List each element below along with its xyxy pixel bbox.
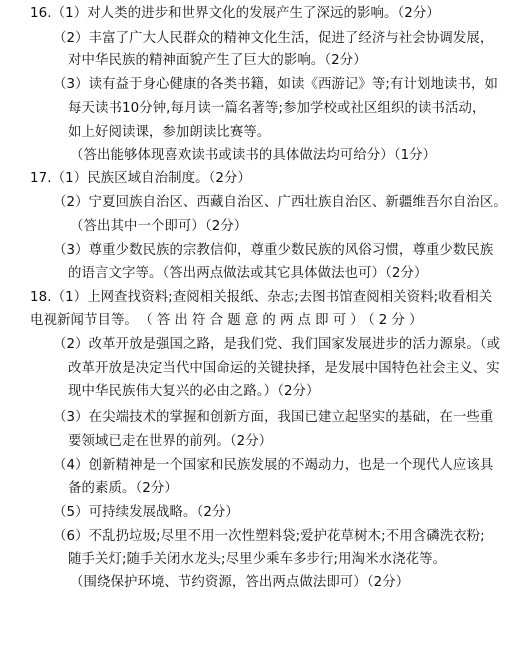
text-line-content: （2）宁夏回族自治区、西藏自治区、广西壮族自治区、新疆维吾尔自治区。 bbox=[53, 195, 507, 210]
text-line: 备的素质。（2分） bbox=[68, 481, 178, 497]
text-line: 电视新闻节目等。（答出符合题意的两点即可）（2分） bbox=[30, 313, 427, 329]
text-line: （2）宁夏回族自治区、西藏自治区、广西壮族自治区、新疆维吾尔自治区。 bbox=[53, 195, 507, 211]
text-line-content: （2）丰富了广大人民群众的精神文化生活，促进了经济与社会协调发展， bbox=[53, 31, 493, 46]
text-line: （4）创新精神是一个国家和民族发展的不竭动力，也是一个现代人应该具 bbox=[53, 458, 493, 474]
text-line-content: （3）尊重少数民族的宗教信仰，尊重少数民族的风俗习惯，尊重少数民族 bbox=[53, 243, 493, 258]
text-line-content: 现中华民族伟大复兴的必由之路。）（2分） bbox=[68, 384, 320, 399]
text-line-content: 改革开放是决定当代中国命运的关键抉择，是发展中国特色社会主义、实 bbox=[68, 361, 500, 376]
text-line: （3）在尖端技术的掌握和创新方面，我国已建立起坚实的基础，在一些重 bbox=[53, 410, 493, 426]
text-line-content: （2）改革开放是强国之路，是我们党、我们国家发展进步的活力源泉。（或 bbox=[53, 337, 500, 352]
text-line: 改革开放是决定当代中国命运的关键抉择，是发展中国特色社会主义、实 bbox=[68, 361, 500, 377]
text-line-content: 每天读书10分钟,每月读一篇名著等;参加学校或社区组织的读书活动， bbox=[68, 101, 485, 116]
text-line: （2）丰富了广大人民群众的精神文化生活，促进了经济与社会协调发展， bbox=[53, 31, 493, 47]
text-line: 要领域已走在世界的前列。（2分） bbox=[68, 434, 272, 450]
text-line-content: 要领域已走在世界的前列。（2分） bbox=[68, 434, 272, 449]
text-line: 18.（1）上网查找资料;查阅相关报纸、杂志;去图书馆查阅相关资料;收看相关 bbox=[30, 290, 492, 306]
text-line: （答出其中一个即可）（2分） bbox=[70, 219, 247, 235]
text-line-content: （答出其中一个即可）（2分） bbox=[70, 219, 247, 234]
text-line: 16.（1）对人类的进步和世界文化的发展产生了深远的影响。（2分） bbox=[30, 6, 440, 22]
text-line: 随手关灯;随手关闭水龙头;尽里少乘车多步行;用淘米水浇花等。 bbox=[68, 552, 446, 568]
text-line: 17.（1）民族区域自治制度。（2分） bbox=[30, 171, 251, 187]
text-line-content: 备的素质。（2分） bbox=[68, 481, 178, 496]
text-line-content: （围绕保护环境、节约资源，答出两点做法即可）（2分） bbox=[70, 575, 409, 590]
text-line: （答出能够体现喜欢读书或读书的具体做法均可给分）（1分） bbox=[70, 148, 436, 164]
text-line-content: 如上好阅读课，参加朗读比赛等。 bbox=[68, 125, 270, 140]
text-line: （6）不乱扔垃圾;尽里不用一次性塑料袋;爱护花草树木;不用含磷洗衣粉; bbox=[53, 529, 485, 545]
text-line-content: 18.（1）上网查找资料;查阅相关报纸、杂志;去图书馆查阅相关资料;收看相关 bbox=[30, 290, 492, 305]
text-line: 如上好阅读课，参加朗读比赛等。 bbox=[68, 125, 270, 141]
text-line: 现中华民族伟大复兴的必由之路。）（2分） bbox=[68, 384, 320, 400]
text-line-content: （6）不乱扔垃圾;尽里不用一次性塑料袋;爱护花草树木;不用含磷洗衣粉; bbox=[53, 529, 485, 544]
text-line: 每天读书10分钟,每月读一篇名著等;参加学校或社区组织的读书活动， bbox=[68, 101, 485, 117]
text-line-content: 16.（1）对人类的进步和世界文化的发展产生了深远的影响。（2分） bbox=[30, 6, 440, 21]
text-line-content: 对中华民族的精神面貌产生了巨大的影响。（2分） bbox=[68, 53, 367, 68]
text-line-content: （5）可持续发展战略。（2分） bbox=[53, 505, 239, 520]
text-line-content: 随手关灯;随手关闭水龙头;尽里少乘车多步行;用淘米水浇花等。 bbox=[68, 552, 446, 567]
text-line: （3）尊重少数民族的宗教信仰，尊重少数民族的风俗习惯，尊重少数民族 bbox=[53, 243, 493, 259]
text-line-content: 电视新闻节目等。 bbox=[30, 313, 138, 328]
text-line: （围绕保护环境、节约资源，答出两点做法即可）（2分） bbox=[70, 575, 409, 591]
text-line-content: 的语言文字等。（答出两点做法或其它具体做法也可）（2分） bbox=[68, 266, 427, 281]
scoring-note: （答出符合题意的两点即可）（2分） bbox=[146, 313, 427, 328]
text-line-content: （答出能够体现喜欢读书或读书的具体做法均可给分）（1分） bbox=[70, 148, 436, 163]
text-line-content: 17.（1）民族区域自治制度。（2分） bbox=[30, 171, 251, 186]
text-line-content: （3）读有益于身心健康的各类书籍，如读《西游记》等;有计划地读书，如 bbox=[53, 77, 498, 92]
text-line-content: （3）在尖端技术的掌握和创新方面，我国已建立起坚实的基础，在一些重 bbox=[53, 410, 493, 425]
text-line: （3）读有益于身心健康的各类书籍，如读《西游记》等;有计划地读书，如 bbox=[53, 77, 498, 93]
text-line: （2）改革开放是强国之路，是我们党、我们国家发展进步的活力源泉。（或 bbox=[53, 337, 500, 353]
text-line: 对中华民族的精神面貌产生了巨大的影响。（2分） bbox=[68, 53, 367, 69]
text-line: 的语言文字等。（答出两点做法或其它具体做法也可）（2分） bbox=[68, 266, 427, 282]
text-line-content: （4）创新精神是一个国家和民族发展的不竭动力，也是一个现代人应该具 bbox=[53, 458, 493, 473]
text-line: （5）可持续发展战略。（2分） bbox=[53, 505, 239, 521]
